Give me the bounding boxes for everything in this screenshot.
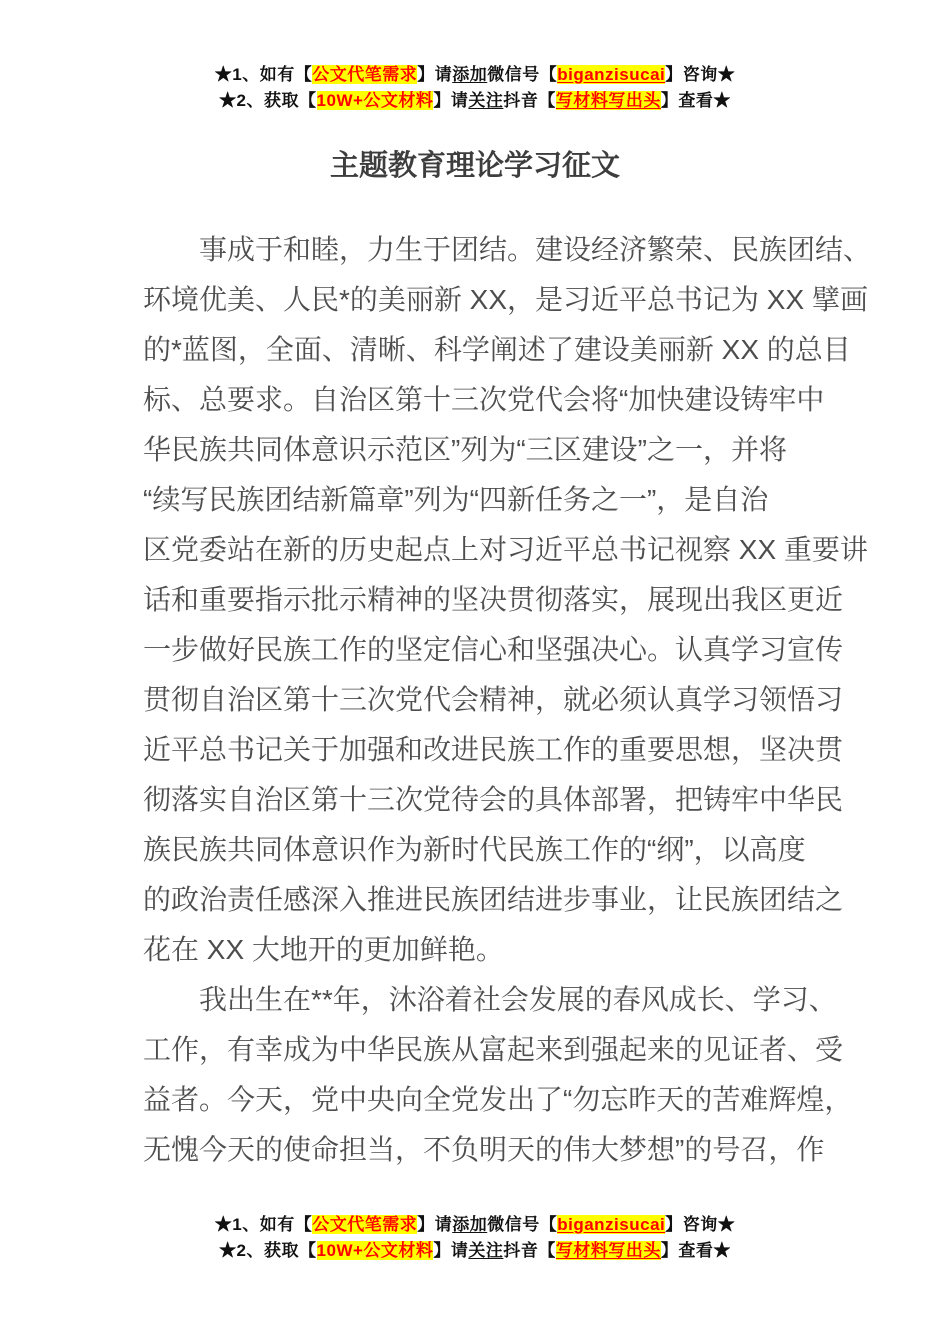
body-line: 近平总书记关于加强和改进民族工作的重要思想，坚决贯 xyxy=(143,725,833,775)
document-title: 主题教育理论学习征文 xyxy=(0,146,950,186)
promo-highlight-wechat-id: biganzisucai xyxy=(557,65,665,84)
promo-header-line-2: ★2、获取【10W+公文材料】请关注抖音【写材料写出头】查看★ xyxy=(0,88,950,114)
promo-star-suffix: 】咨询★ xyxy=(665,65,735,84)
promo-footer: ★1、如有【公文代笔需求】请添加微信号【biganzisucai】咨询★ ★2、… xyxy=(0,1212,950,1264)
body-line: 事成于和睦，力生于团结。建设经济繁荣、民族团结、 xyxy=(143,225,833,275)
promo-highlight-materials: 10W+公文材料 xyxy=(317,91,434,110)
promo-highlight-writing-service: 公文代笔需求 xyxy=(312,1215,417,1234)
body-line: 花在 XX 大地开的更加鲜艳。 xyxy=(143,925,833,975)
promo-plain: 】请 xyxy=(417,1215,452,1234)
promo-underline-follow: 关注 xyxy=(468,91,503,110)
promo-star-suffix: 】咨询★ xyxy=(665,1215,735,1234)
promo-highlight-materials: 10W+公文材料 xyxy=(317,1241,434,1260)
promo-highlight-writing-service: 公文代笔需求 xyxy=(312,65,417,84)
promo-plain-douyin: 抖音【 xyxy=(503,91,556,110)
promo-highlight-douyin-id: 写材料写出头 xyxy=(556,91,661,110)
body-line: 工作，有幸成为中华民族从富起来到强起来的见证者、受 xyxy=(143,1025,833,1075)
body-line: 的*蓝图，全面、清晰、科学阐述了建设美丽新 XX 的总目 xyxy=(143,325,833,375)
body-line: 益者。今天，党中央向全党发出了“勿忘昨天的苦难辉煌， xyxy=(143,1075,833,1125)
promo-plain-douyin: 抖音【 xyxy=(503,1241,556,1260)
promo-highlight-douyin-id: 写材料写出头 xyxy=(556,1241,661,1260)
body-line: 话和重要指示批示精神的坚决贯彻落实，展现出我区更近 xyxy=(143,575,833,625)
body-line: 贯彻自治区第十三次党代会精神，就必须认真学习领悟习 xyxy=(143,675,833,725)
promo-plain: 】请 xyxy=(433,91,468,110)
promo-footer-line-2: ★2、获取【10W+公文材料】请关注抖音【写材料写出头】查看★ xyxy=(0,1238,950,1264)
promo-underline-follow: 关注 xyxy=(468,1241,503,1260)
promo-underline-add: 添加 xyxy=(452,1215,487,1234)
body-line: 的政治责任感深入推进民族团结进步事业，让民族团结之 xyxy=(143,875,833,925)
paragraph-2: 我出生在**年，沐浴着社会发展的春风成长、学习、工作，有幸成为中华民族从富起来到… xyxy=(143,975,833,1175)
body-line: 我出生在**年，沐浴着社会发展的春风成长、学习、 xyxy=(143,975,833,1025)
promo-highlight-wechat-id: biganzisucai xyxy=(557,1215,665,1234)
body-line: 彻落实自治区第十三次党待会的具体部署，把铸牢中华民 xyxy=(143,775,833,825)
body-line: 一步做好民族工作的坚定信心和坚强决心。认真学习宣传 xyxy=(143,625,833,675)
promo-plain-wechat: 微信号【 xyxy=(487,1215,557,1234)
body-line: 环境优美、人民*的美丽新 XX，是习近平总书记为 XX 擘画 xyxy=(143,275,833,325)
promo-plain: 】请 xyxy=(417,65,452,84)
body-line: 标、总要求。自治区第十三次党代会将“加快建设铸牢中 xyxy=(143,375,833,425)
promo-star-prefix: ★2、获取【 xyxy=(219,1241,316,1260)
promo-star-prefix: ★1、如有【 xyxy=(215,1215,312,1234)
promo-header-line-1: ★1、如有【公文代笔需求】请添加微信号【biganzisucai】咨询★ xyxy=(0,62,950,88)
promo-star-suffix: 】查看★ xyxy=(661,1241,731,1260)
promo-underline-add: 添加 xyxy=(452,65,487,84)
document-page: ★1、如有【公文代笔需求】请添加微信号【biganzisucai】咨询★ ★2、… xyxy=(0,0,950,1344)
promo-star-suffix: 】查看★ xyxy=(661,91,731,110)
body-line: 区党委站在新的历史起点上对习近平总书记视察 XX 重要讲 xyxy=(143,525,833,575)
paragraph-1: 事成于和睦，力生于团结。建设经济繁荣、民族团结、环境优美、人民*的美丽新 XX，… xyxy=(143,225,833,975)
body-line: 华民族共同体意识示范区”列为“三区建设”之一，并将 xyxy=(143,425,833,475)
promo-header: ★1、如有【公文代笔需求】请添加微信号【biganzisucai】咨询★ ★2、… xyxy=(0,62,950,114)
promo-plain: 】请 xyxy=(433,1241,468,1260)
body-line: 族民族共同体意识作为新时代民族工作的“纲”，以高度 xyxy=(143,825,833,875)
promo-plain-wechat: 微信号【 xyxy=(487,65,557,84)
promo-star-prefix: ★1、如有【 xyxy=(215,65,312,84)
promo-footer-line-1: ★1、如有【公文代笔需求】请添加微信号【biganzisucai】咨询★ xyxy=(0,1212,950,1238)
promo-star-prefix: ★2、获取【 xyxy=(219,91,316,110)
document-body: 事成于和睦，力生于团结。建设经济繁荣、民族团结、环境优美、人民*的美丽新 XX，… xyxy=(143,225,833,1175)
body-line: “续写民族团结新篇章”列为“四新任务之一”，是自治 xyxy=(143,475,833,525)
body-line: 无愧今天的使命担当，不负明天的伟大梦想”的号召，作 xyxy=(143,1125,833,1175)
